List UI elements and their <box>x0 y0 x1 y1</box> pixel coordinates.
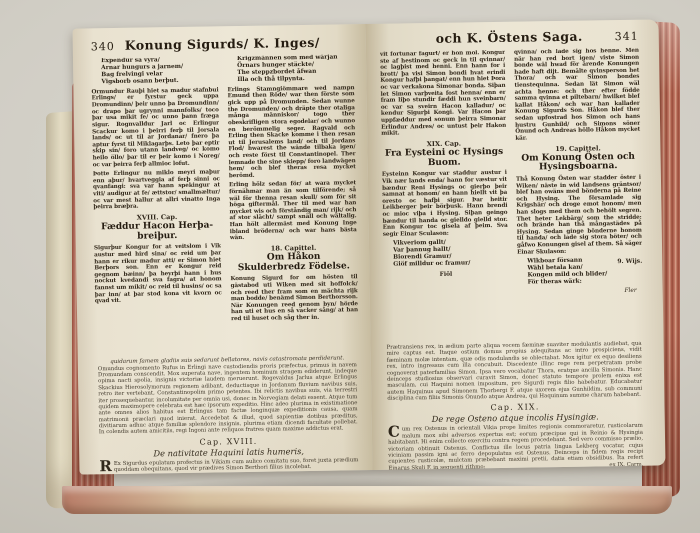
bottom-page-edges <box>62 486 672 514</box>
norse-paragraph: Sigurþur Kongur for at veitslom i Vik au… <box>94 244 222 305</box>
photo-background: 340 Konung Sigurds/ K. Inges/ Expendur s… <box>0 0 700 533</box>
latin-paragraph: Omundus cognomento Rufus in Erlingi nave… <box>98 362 358 436</box>
right-page-columns: vit fortunar fagurt/ er hon mol. Kongur … <box>380 48 643 340</box>
right-page: och K. Östens Saga. 341 vit fortunar fag… <box>365 19 665 470</box>
swedish-paragraph: Erlings Stamngiömmare wed nampn Emund th… <box>227 85 355 180</box>
left-page-columns: Expendur sa vyra/ Arnar hungurs a jarnem… <box>91 54 359 354</box>
swedish-verse-row: Wikboar försann Wähl betala kan/ Kongen … <box>517 257 642 287</box>
swedish-paragraph: Konung Sigurd for om hösten til gästabod… <box>230 275 358 323</box>
left-page-latin-section: quidarum famem gladiis suis sedarunt bel… <box>96 355 361 474</box>
left-page: 340 Konung Sigurds/ K. Inges/ Expendur s… <box>73 24 373 475</box>
drop-cap: R <box>99 461 114 472</box>
left-page-header: 340 Konung Sigurds/ K. Inges/ <box>91 34 354 53</box>
swedish-paragraph: qvinna/ och lade sig hos henne. Men när … <box>514 48 640 142</box>
right-page-header: och K. Östens Saga. 341 <box>380 28 639 47</box>
left-page-number: 340 <box>91 40 125 54</box>
latin-paragraph: Cum rex Ostenus in orientali Vikia prope… <box>388 423 644 470</box>
norse-verse: Expendur sa vyra/ Arnar hungurs a jarnem… <box>101 56 218 86</box>
verse-margin-note: 9. Wijs. <box>617 258 642 265</box>
norse-paragraph: vit fortunar fagurt/ er hon mol. Kongur … <box>380 50 506 138</box>
chapter-title-norse-19: Fra Eysteini oc Hysings Buom. <box>383 148 504 169</box>
norse-verse: Vikveriom gallt/ Var þannug hallt/ Biore… <box>393 239 508 269</box>
right-page-column-norse: vit fortunar fagurt/ er hon mol. Kongur … <box>380 50 510 340</box>
swedish-paragraph: Erling hölz sedan för/ at wara mycket fö… <box>229 181 357 242</box>
chapter-title-swedish-18: Om Håkon Skulderbredz Födelse. <box>232 252 355 273</box>
left-running-title: Konung Sigurds/ K. Inges/ <box>125 35 320 53</box>
swedish-paragraph: Thå Konung Östen war stadder öster i Wik… <box>516 175 642 256</box>
chapter-title-norse-18: Fæddur Hacon Herþa-breiþur. <box>96 221 219 242</box>
latin-paragraph: Prætransiens rex, in ædium parte aliqua … <box>387 341 643 402</box>
catchword: Fiöl <box>383 270 508 279</box>
norse-paragraph: Þotte Erlingur nu miklo meyri maþur enn … <box>93 170 221 212</box>
swedish-verse: Krigzmännen som med wärjan Örnars hunger… <box>237 54 354 84</box>
drop-cap: C <box>388 427 402 438</box>
left-page-column-norse: Expendur sa vyra/ Arnar hungurs a jarnem… <box>91 56 223 354</box>
right-running-title: och K. Östens Saga. <box>414 28 605 46</box>
norse-paragraph: Eysteinn Kongur var staddur austur i Vik… <box>382 170 508 238</box>
chapter-title-swedish-19: Om Konung Östen och Hysingsboarna. <box>518 152 639 173</box>
norse-paragraph: Ormundur Rauþi hiet sa madur stafnbui Er… <box>91 87 219 168</box>
swedish-verse: Wikboar försann Wähl betala kan/ Kongen … <box>527 257 618 286</box>
right-page-number: 341 <box>605 30 639 44</box>
right-page-latin-section: Prætransiens rex, in ædium parte aliqua … <box>385 341 646 470</box>
latin-paragraph-text: Ex Sigurdus epulatum profectus in Vikiam… <box>114 457 359 473</box>
left-page-column-swedish: Krigzmännen som med wärjan Örnars hunger… <box>227 54 359 352</box>
catchword: Fler <box>518 288 643 296</box>
right-page-column-swedish: qvinna/ och lade sig hos henne. Men när … <box>514 48 644 338</box>
open-book-spread: 340 Konung Sigurds/ K. Inges/ Expendur s… <box>73 19 666 474</box>
carmen-reference: ex IX. Carm. <box>605 461 643 468</box>
